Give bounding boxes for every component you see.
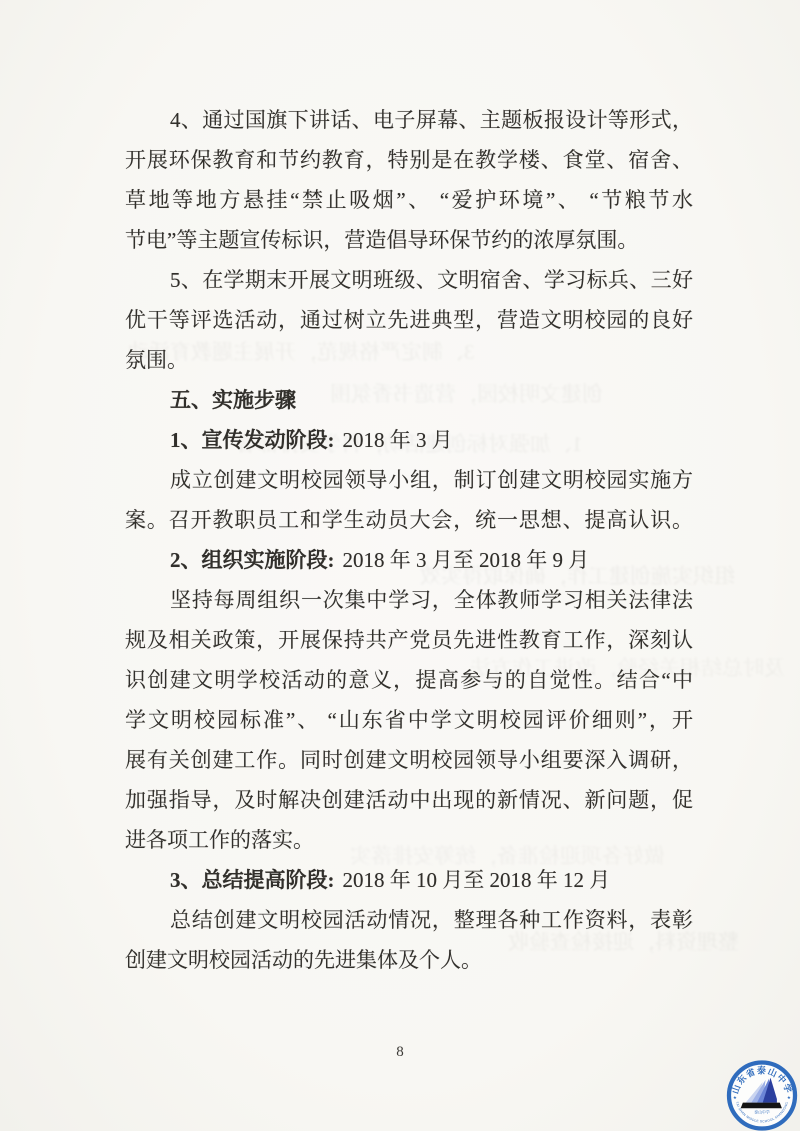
scanned-document-page: 3、制定严格规范，开展主题教育活动 创建文明校园，营造书香氛围 1、加强对标创建… — [0, 0, 800, 1131]
stage-line: 3、总结提高阶段:2018 年 10 月至 2018 年 12 月 — [125, 860, 693, 900]
section-heading: 五、实施步骤 — [125, 380, 693, 420]
document-body: 4、通过国旗下讲话、电子屏幕、主题板报设计等形式， 开展环保教育和节约教育，特别… — [125, 100, 693, 980]
text-line: 开展环保教育和节约教育，特别是在教学楼、食堂、宿舍、 — [125, 140, 693, 180]
text-line: 优干等评选活动，通过树立先进典型，营造文明校园的良好 — [125, 300, 693, 340]
text-line: 氛围。 — [125, 340, 693, 380]
text-line: 进各项工作的落实。 — [125, 820, 693, 860]
star-icon: ★ — [733, 1095, 737, 1100]
text-line: 加强指导，及时解决创建活动中出现的新情况、新问题，促 — [125, 780, 693, 820]
text-line: 成立创建文明校园领导小组，制订创建文明校园实施方 — [125, 460, 693, 500]
text-line: 学文明校园标准”、 “山东省中学文明校园评价细则”，开 — [125, 700, 693, 740]
school-seal: 泰山中学 山东省泰山中学 TAI SHAN MIDDLE SCHOOL SHAN… — [726, 1060, 798, 1131]
text-line: 规及相关政策，开展保持共产党员先进性教育工作，深刻认 — [125, 620, 693, 660]
stage-label: 1、宣传发动阶段: — [170, 428, 335, 452]
text-line: 草地等地方悬挂“禁止吸烟”、 “爱护环境”、 “节粮节水 — [125, 180, 693, 220]
seal-base-bar — [741, 1103, 782, 1109]
text-line: 展有关创建工作。同时创建文明校园领导小组要深入调研， — [125, 740, 693, 780]
page-number: 8 — [0, 1044, 800, 1061]
stage-line: 2、组织实施阶段:2018 年 3 月至 2018 年 9 月 — [125, 540, 693, 580]
text-line: 创建文明校园活动的先进集体及个人。 — [125, 940, 693, 980]
text-line: 总结创建文明校园活动情况，整理各种工作资料，表彰 — [125, 900, 693, 940]
text-line: 案。召开教职员工和学生动员大会，统一思想、提高认识。 — [125, 500, 693, 540]
text-line: 坚持每周组织一次集中学习，全体教师学习相关法律法 — [125, 580, 693, 620]
text-line: 节电”等主题宣传标识，营造倡导环保节约的浓厚氛围。 — [125, 220, 693, 260]
text-line: 识创建文明学校活动的意义，提高参与的自觉性。结合“中 — [125, 660, 693, 700]
stage-line: 1、宣传发动阶段:2018 年 3 月 — [125, 420, 693, 460]
text-line: 5、在学期末开展文明班级、文明宿舍、学习标兵、三好 — [125, 260, 693, 300]
text-line: 4、通过国旗下讲话、电子屏幕、主题板报设计等形式， — [125, 100, 693, 140]
stage-label: 2、组织实施阶段: — [170, 548, 335, 572]
stage-date: 2018 年 3 月至 2018 年 9 月 — [343, 548, 590, 572]
stage-date: 2018 年 3 月 — [343, 428, 453, 452]
school-seal-graphic: 泰山中学 山东省泰山中学 TAI SHAN MIDDLE SCHOOL SHAN… — [726, 1060, 798, 1131]
stage-label: 3、总结提高阶段: — [170, 868, 335, 892]
star-icon: ★ — [787, 1095, 791, 1100]
stage-date: 2018 年 10 月至 2018 年 12 月 — [343, 868, 611, 892]
seal-motto: 泰山中学 — [754, 1110, 770, 1115]
